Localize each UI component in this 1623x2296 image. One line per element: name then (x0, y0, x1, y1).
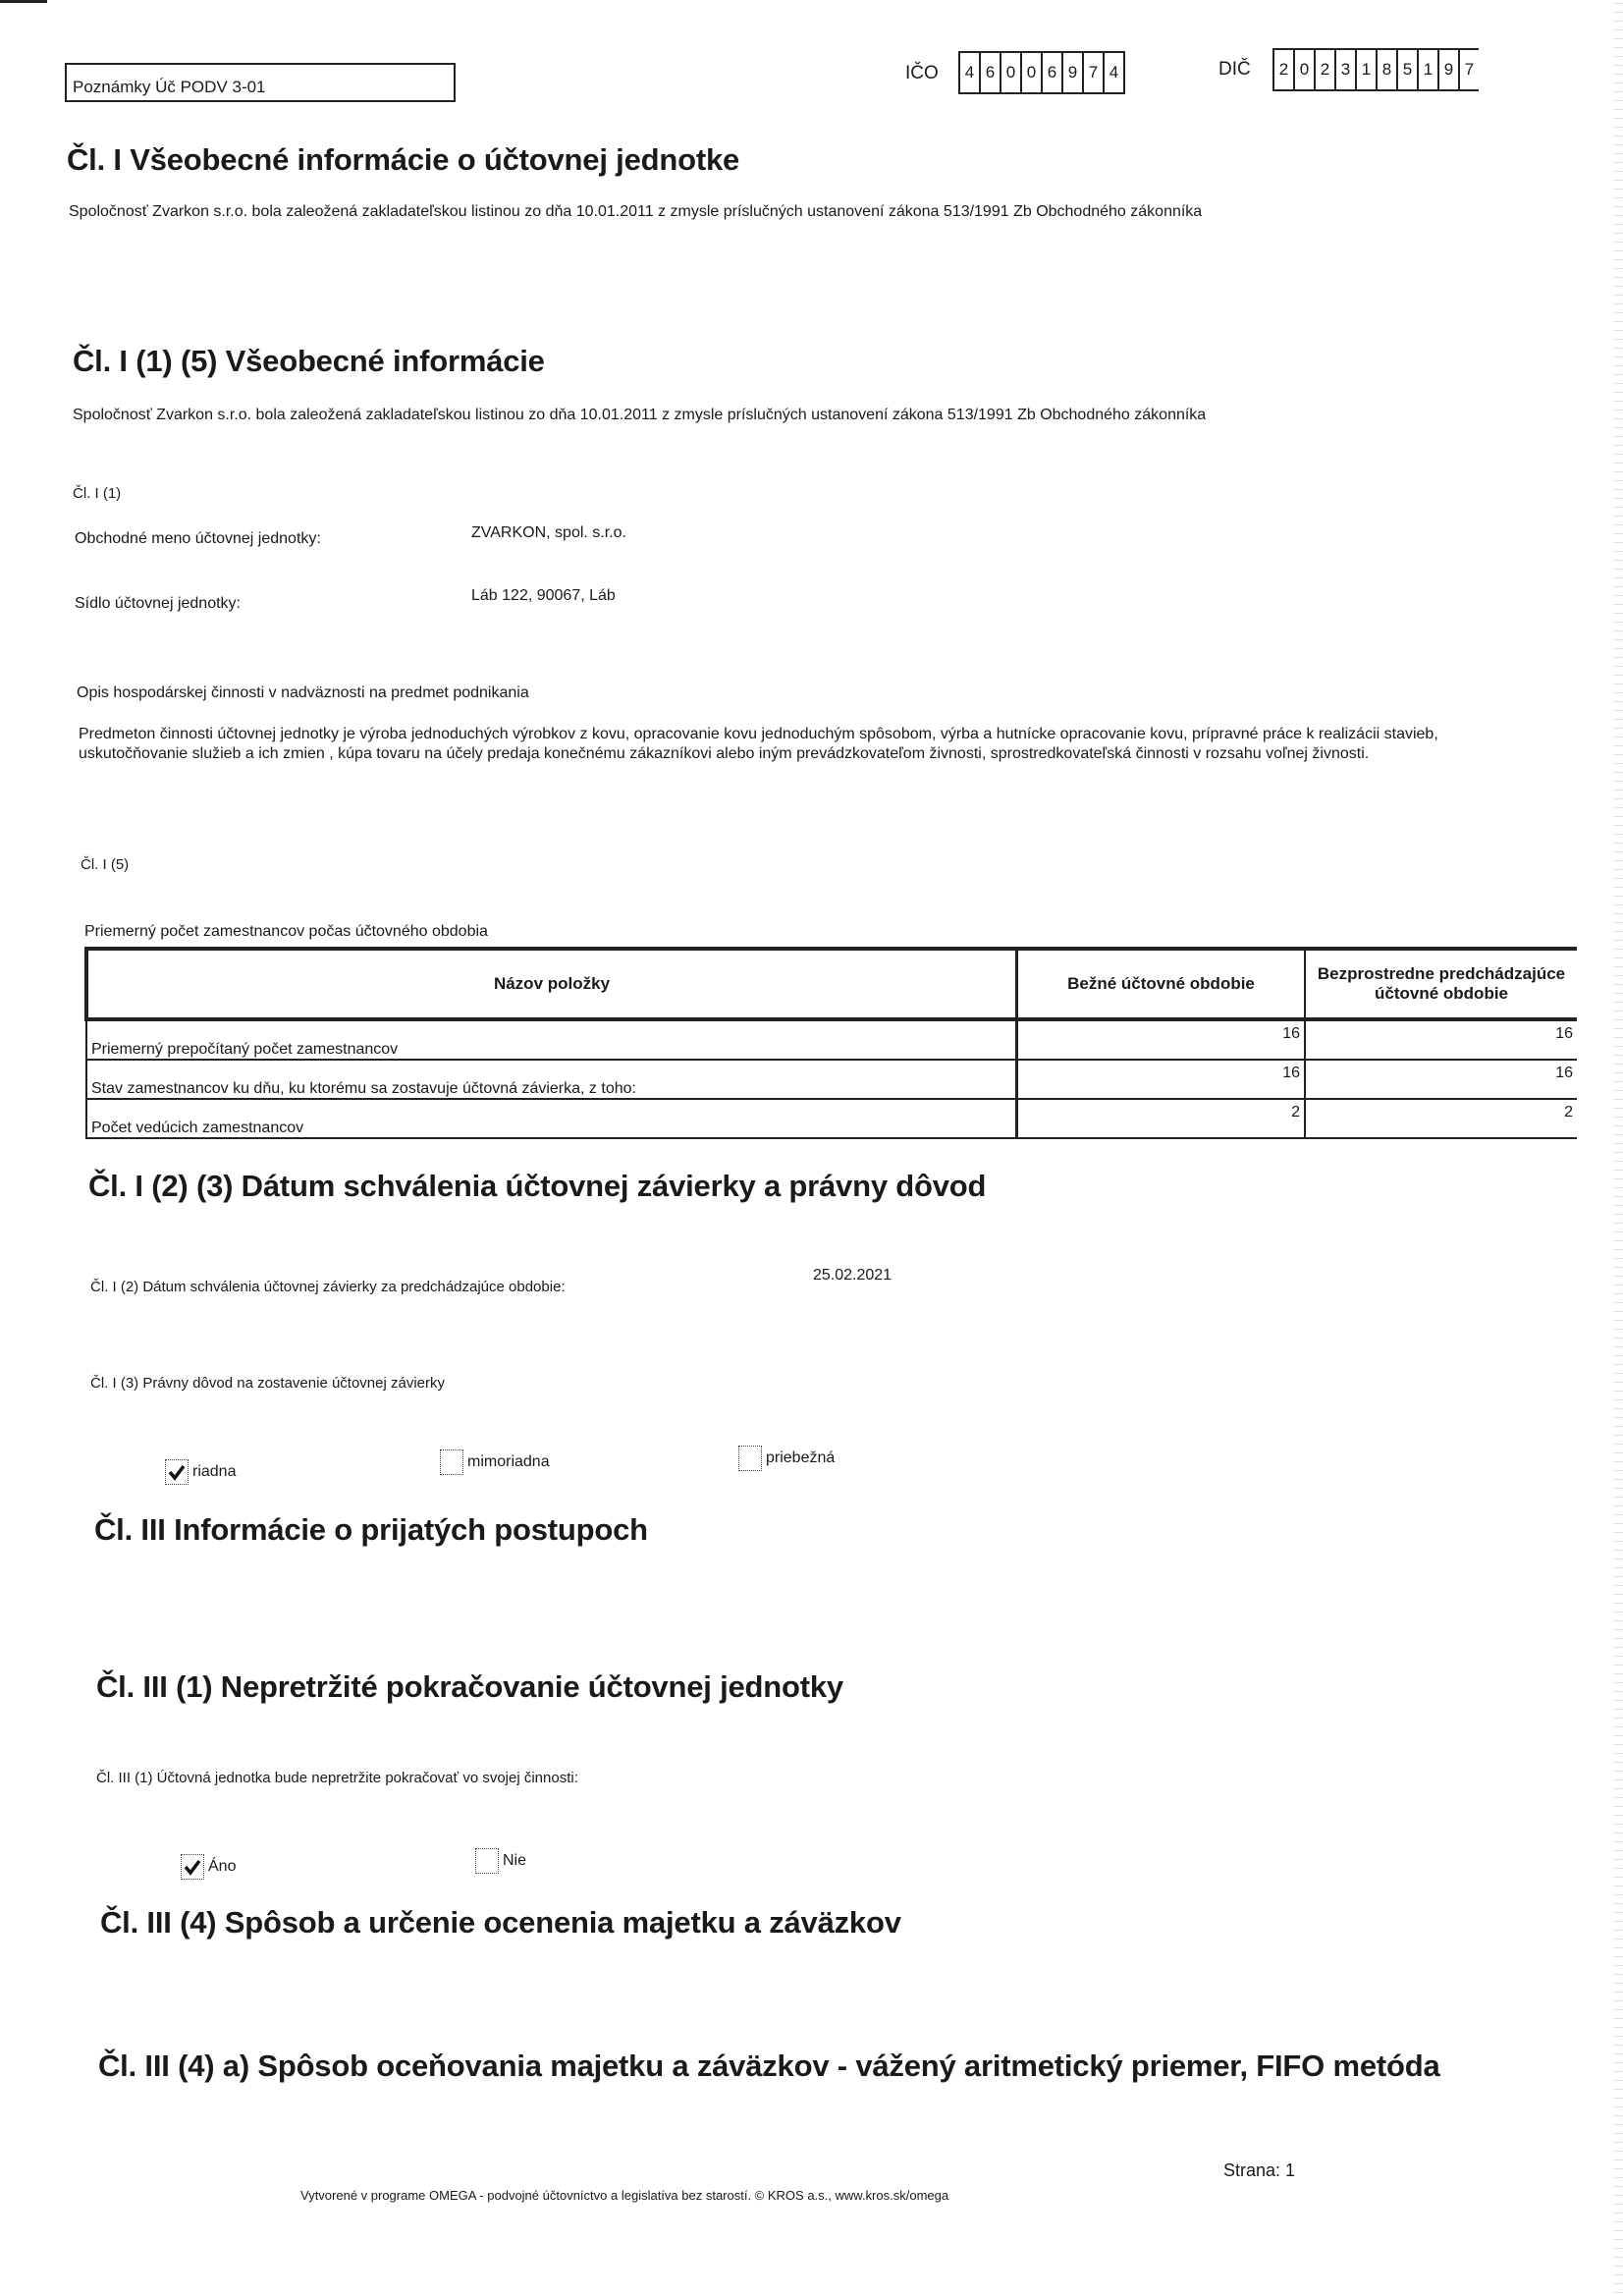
option-label: priebežná (766, 1449, 835, 1466)
company-seat-value: Láb 122, 90067, Láb (471, 587, 616, 605)
option-label: Áno (208, 1858, 236, 1875)
dic-digit: 0 (1295, 50, 1316, 89)
company-name-label: Obchodné meno účtovnej jednotky: (75, 530, 321, 548)
ico-digit: 4 (960, 53, 981, 92)
company-founding-text: Spoločnosť Zvarkon s.r.o. bola zaleožená… (69, 203, 1202, 221)
company-name-value: ZVARKON, spol. s.r.o. (471, 524, 626, 542)
previous-period-value: 2 (1305, 1099, 1577, 1138)
section-title-general-info: Čl. I Všeobecné informácie o účtovnej je… (67, 142, 739, 178)
checkbox-riadna[interactable] (165, 1459, 189, 1485)
current-period-value: 2 (1017, 1099, 1306, 1138)
dic-digit: 1 (1419, 50, 1439, 89)
section-title-valuation: Čl. III (4) Spôsob a určenie ocenenia ma… (100, 1905, 901, 1941)
dic-digit: 5 (1398, 50, 1419, 89)
footer-credit: Vytvorené v programe OMEGA - podvojné úč… (300, 2188, 948, 2203)
company-seat-label: Sídlo účtovnej jednotky: (75, 595, 241, 613)
going-concern-question: Čl. III (1) Účtovná jednotka bude nepret… (96, 1770, 578, 1786)
option-label: riadna (192, 1463, 236, 1480)
checkbox-mimoriadna[interactable] (440, 1449, 463, 1475)
section-title-general-info-1-5: Čl. I (1) (5) Všeobecné informácie (73, 344, 545, 379)
option-mimoriadna[interactable]: mimoriadna (440, 1449, 550, 1475)
section-title-valuation-method: Čl. III (4) a) Spôsob oceňovania majetku… (98, 2049, 1440, 2084)
subsection-label-5: Čl. I (5) (81, 856, 129, 873)
legal-reason-label: Čl. I (3) Právny dôvod na zostavenie účt… (90, 1375, 445, 1392)
ico-label: IČO (905, 63, 939, 84)
checkbox-nie[interactable] (475, 1848, 499, 1874)
dic-digit: 3 (1336, 50, 1357, 89)
ico-digit: 9 (1063, 53, 1084, 92)
dic-digit: 7 (1460, 50, 1479, 89)
dic-field: 2023185197 (1272, 48, 1479, 91)
ico-digit: 6 (981, 53, 1001, 92)
section-title-approval-date: Čl. I (2) (3) Dátum schválenia účtovnej … (88, 1169, 986, 1204)
option-priebezna[interactable]: priebežná (738, 1446, 835, 1471)
option-label: mimoriadna (467, 1453, 550, 1470)
column-header-previous-period: Bezprostredne predchádzajúce účtovné obd… (1305, 949, 1577, 1019)
table-row: Stav zamestnancov ku dňu, ku ktorému sa … (86, 1060, 1577, 1099)
option-nie[interactable]: Nie (475, 1848, 526, 1874)
dic-digit: 2 (1316, 50, 1336, 89)
ico-digit: 6 (1043, 53, 1063, 92)
previous-period-value: 16 (1305, 1060, 1577, 1099)
checkbox-ano[interactable] (181, 1854, 204, 1880)
checkmark-icon (168, 1463, 186, 1481)
approval-date-label: Čl. I (2) Dátum schválenia účtovnej závi… (90, 1279, 566, 1295)
row-label: Počet vedúcich zamestnancov (86, 1099, 1017, 1138)
ico-digit: 4 (1105, 53, 1125, 92)
column-header-item-name: Názov položky (86, 949, 1017, 1019)
company-founding-text-2: Spoločnosť Zvarkon s.r.o. bola zaleožená… (73, 407, 1206, 424)
option-ano[interactable]: Áno (181, 1854, 236, 1880)
column-header-current-period: Bežné účtovné obdobie (1017, 949, 1306, 1019)
current-period-value: 16 (1017, 1019, 1306, 1060)
form-code: Poznámky Úč PODV 3-01 (73, 78, 266, 96)
employees-table-caption: Priemerný počet zamestnancov počas účtov… (84, 923, 488, 941)
previous-period-value: 16 (1305, 1019, 1577, 1060)
option-label: Nie (503, 1852, 526, 1869)
ico-digit: 0 (1001, 53, 1022, 92)
checkmark-icon (184, 1858, 201, 1876)
table-row: Počet vedúcich zamestnancov22 (86, 1099, 1577, 1138)
table-header-row: Názov položky Bežné účtovné obdobie Bezp… (86, 949, 1577, 1019)
business-activity-label: Opis hospodárskej činnosti v nadväznosti… (77, 684, 529, 702)
row-label: Priemerný prepočítaný počet zamestnancov (86, 1019, 1017, 1060)
dic-digit: 1 (1357, 50, 1378, 89)
business-activity-text: Predmeton činnosti účtovnej jednotky je … (79, 725, 1502, 764)
dic-digit: 8 (1378, 50, 1398, 89)
section-title-adopted-procedures: Čl. III Informácie o prijatých postupoch (94, 1512, 648, 1548)
ico-digit: 0 (1022, 53, 1043, 92)
checkbox-priebezna[interactable] (738, 1446, 762, 1471)
scan-mark (0, 0, 47, 3)
section-title-going-concern: Čl. III (1) Nepretržité pokračovanie účt… (96, 1669, 843, 1705)
page-number: Strana: 1 (1223, 2160, 1295, 2181)
option-riadna[interactable]: riadna (165, 1459, 236, 1485)
ico-digit: 7 (1084, 53, 1105, 92)
subsection-label-1: Čl. I (1) (73, 485, 121, 502)
dic-label: DIČ (1218, 59, 1251, 81)
employees-table: Názov položky Bežné účtovné obdobie Bezp… (84, 947, 1577, 1139)
approval-date-value: 25.02.2021 (813, 1267, 892, 1285)
dic-digit: 2 (1274, 50, 1295, 89)
row-label: Stav zamestnancov ku dňu, ku ktorému sa … (86, 1060, 1017, 1099)
current-period-value: 16 (1017, 1060, 1306, 1099)
table-row: Priemerný prepočítaný počet zamestnancov… (86, 1019, 1577, 1060)
dic-digit: 9 (1439, 50, 1460, 89)
scan-edge (1613, 0, 1623, 2296)
form-code-box: Poznámky Úč PODV 3-01 (65, 63, 456, 102)
ico-field: 46006974 (958, 51, 1125, 94)
